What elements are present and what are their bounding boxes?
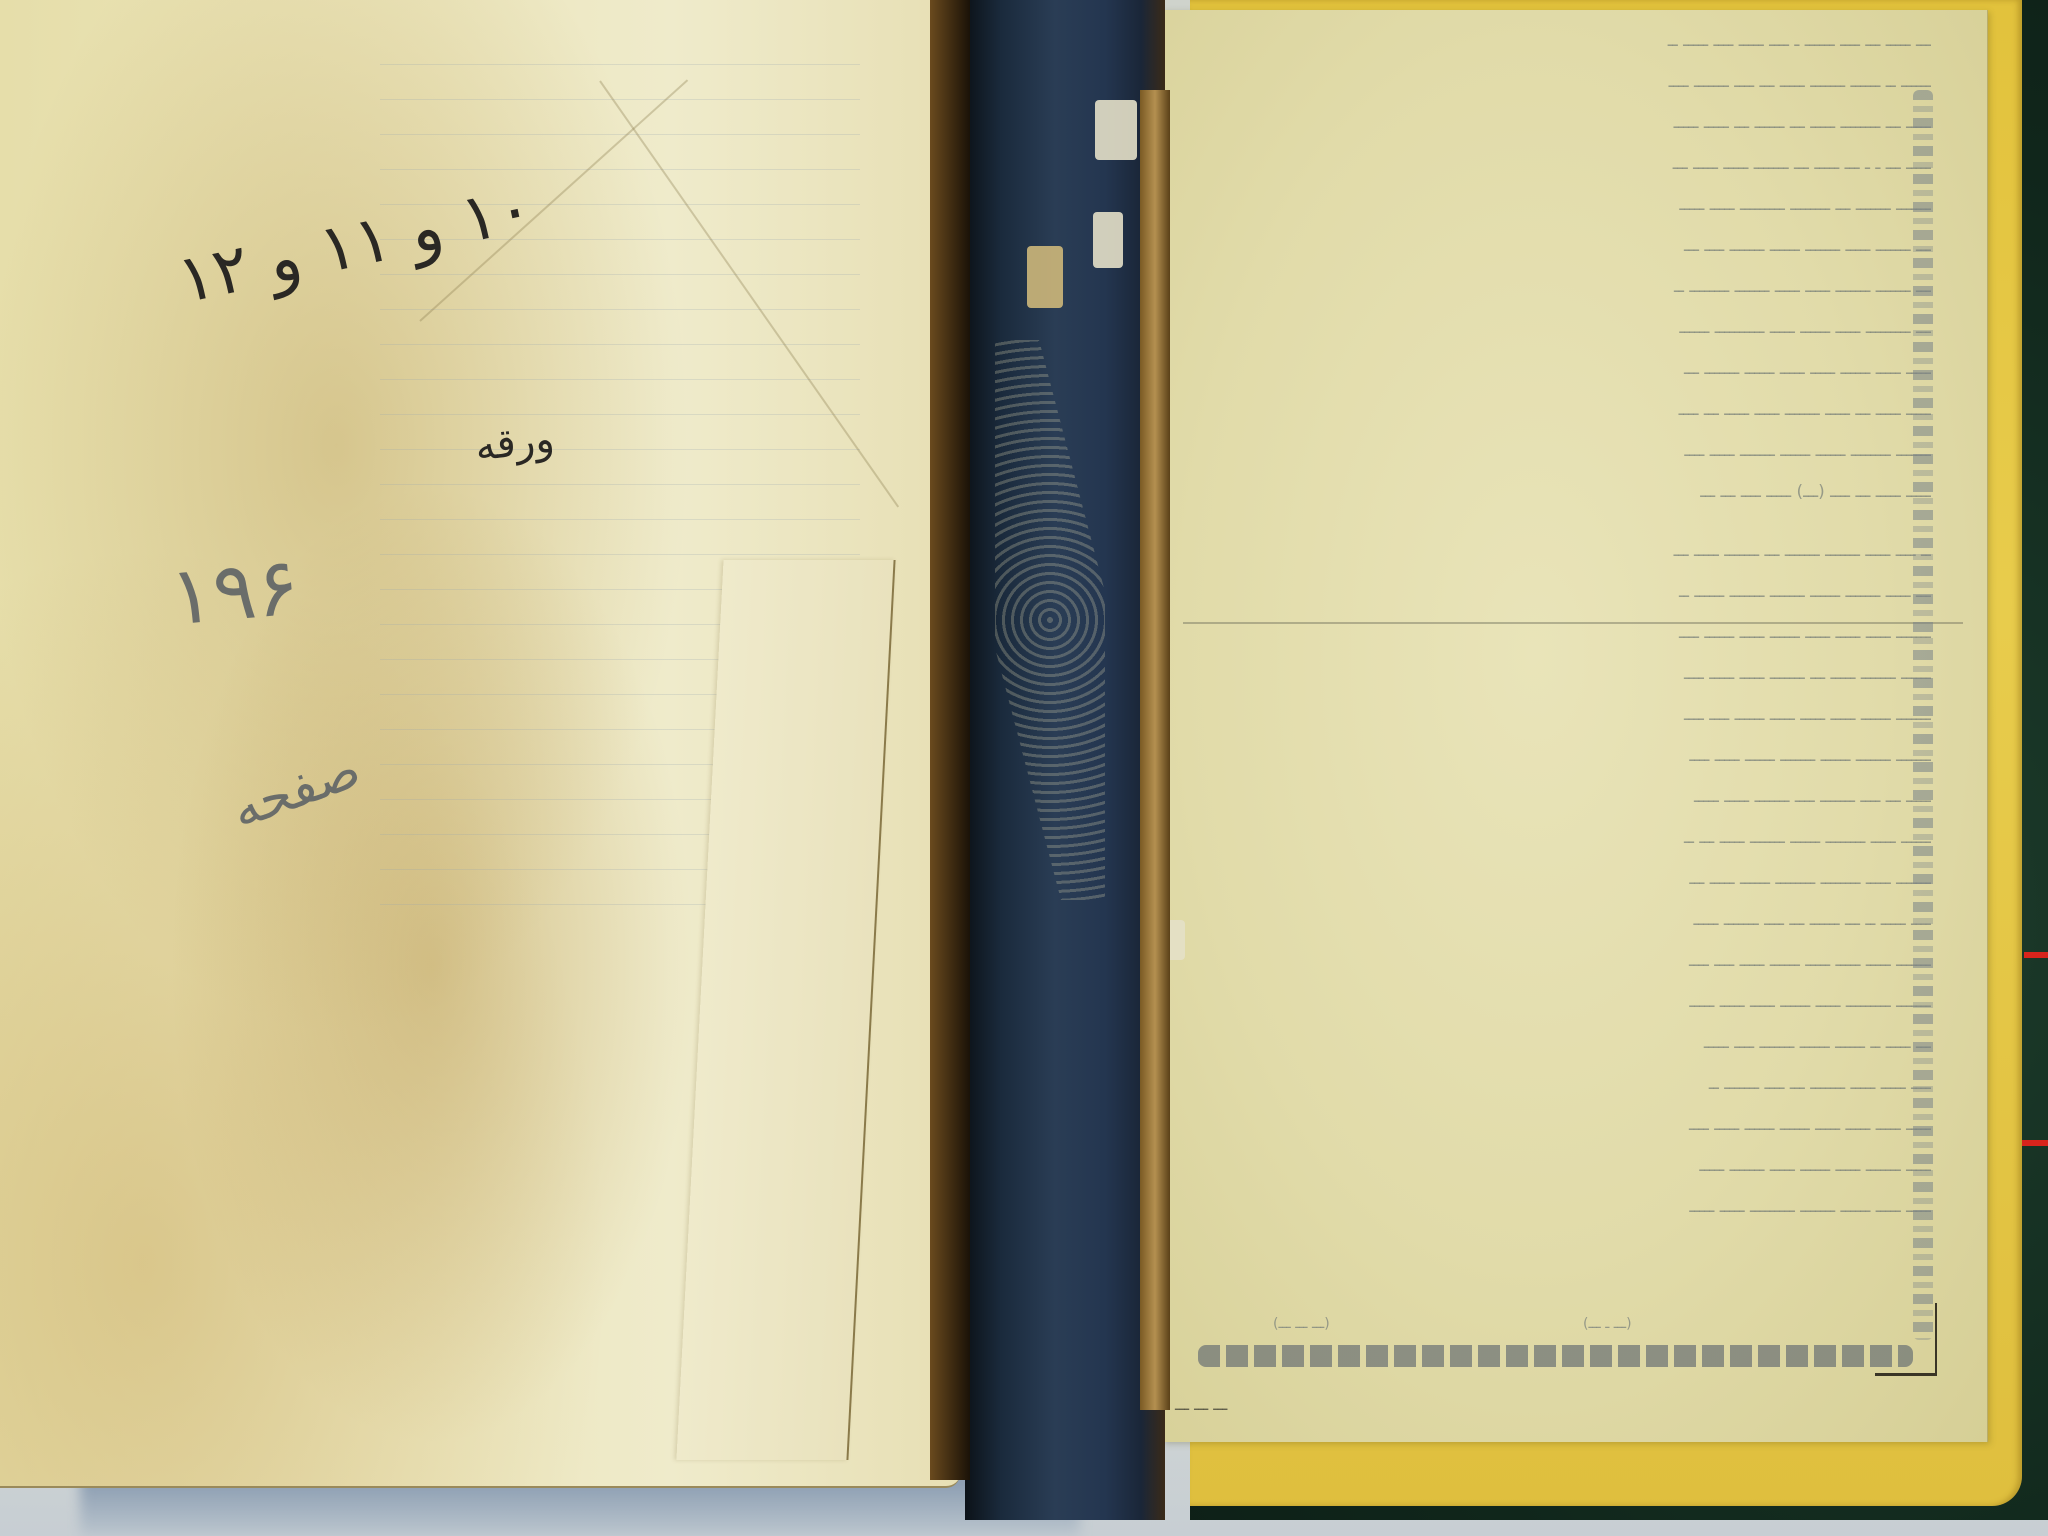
bottom-handwritten-note: ـــ ـــ ـــ [1175, 1395, 1227, 1414]
worn-patch [1027, 246, 1063, 308]
text-line: ـــ ـــــ ـــ ــــ ــــــ ـ ــــ ـــــ ـ… [1191, 32, 1931, 50]
red-mark [2022, 1140, 2048, 1146]
flyleaf-page: ۱۰ و ۱۱ و ۱۲ ورقه ۱۹۶ صفحه [0, 0, 960, 1488]
text-line: ــــ ـــــ ـــــ ـــــــ ـــ ــــ ــــــ… [1191, 1075, 1931, 1093]
note-page-count: ۱۹۶ [166, 540, 303, 644]
book-spine [965, 0, 1165, 1520]
manuscript-photo: ـــ ـــــ ـــ ــــ ــــــ ـ ــــ ـــــ ـ… [0, 0, 2048, 1536]
text-line: ــــــ ـــــ ــــــــ ــــــ ـــــــ ـــ… [1191, 829, 1931, 847]
text-line: ـــــ ـــــ ــــــ ـــــ ـــــ ــــــ ــ… [1191, 360, 1931, 378]
text-line: ـــ ـــــــ ـــــــ ـــــ ـــــ ـــــــ … [1191, 278, 1931, 296]
text-line: ـــــ ـــــــ ـــــ ــــــ ـــــ ـــــــ… [1191, 1157, 1931, 1175]
red-mark [2024, 952, 2048, 958]
page-edge [930, 0, 970, 1480]
chain-border-horizontal [1198, 1345, 1913, 1367]
chain-border-vertical [1913, 90, 1933, 1340]
text-line: ـــــــ ـــــــ ـــ ــــــــ ـــــــــ ـ… [1191, 196, 1931, 214]
footer-note-right: (ـــ ـ ـــ) [1583, 1316, 1632, 1332]
text-line: ـــــــ ـــــ ــــــــ ــــــــ ــــــ ـ… [1191, 870, 1931, 888]
text-line: ـــ ـــــــــ ـــــ ــــــ ـــــ ـــــــ… [1191, 319, 1931, 337]
text-line: ـــــــ ـــــــ ــــــ ـــــــ ــــــ ــ… [1191, 747, 1931, 765]
text-line: ـــــــ ـــــــــ ـــــ ــــــ ـــــ ـــ… [1191, 993, 1931, 1011]
border-corner [1875, 1303, 1937, 1376]
horizontal-rule [1183, 622, 1963, 624]
text-line: ـــــــ ـــــ ـــــ ـــــ ــــــ ـــــ ـ… [1191, 624, 1931, 642]
text-line: ـــــ ـــ ـ ـ ـــ ـــــ ـــ ـــــــ ــــ… [1191, 155, 1931, 173]
printed-page: ـــ ـــــ ـــ ــــ ــــــ ـ ــــ ـــــ ـ… [1163, 10, 1988, 1442]
note-leaf-label: ورقه [473, 416, 557, 470]
text-line: ــــ ـــــ ــ ـــ ــــــ ـــ ــــ ــــــ… [1191, 911, 1931, 929]
text-line: ــــــ ــ ــــــ ـــــــ ـــــ ـــ ــــ … [1191, 73, 1931, 91]
floral-vine-pattern [995, 340, 1105, 900]
text-line: ــــــ ـــــــ ـــــ ـــ ـــــــ ـــــ ـ… [1191, 665, 1931, 683]
text-line: ـــــ ـــــ ـــــ ـــــ ــــــ ــــــ ــ… [1191, 1116, 1931, 1134]
text-line: ـــــــ ـــــ ـــــ ـــــ ــــــ ـــــ ـ… [1191, 952, 1931, 970]
worn-patch [1095, 100, 1137, 160]
text-line: ـــــــ ــــــ ـــــ ـــــ ـــــ ــــــ … [1191, 706, 1931, 724]
text-line: ـــــ ـــ ــــــــ ـــــ ـــ ــــــ ـــ … [1191, 114, 1931, 132]
note-page-label: صفحه [224, 739, 368, 840]
text-line: ــ ــــ ـــــ ـــــــ ـــــــ ـــ ــــــ… [1191, 542, 1931, 560]
text-line: ـــ ـــــ ــ ــــــ ــــــ ـــــــ ــــ … [1191, 1034, 1931, 1052]
text-line: ـــــ ـــــ ــــــ ـــــــ ـــــــــ ـــ… [1191, 1198, 1931, 1216]
page-block-edge [1140, 90, 1170, 1410]
text-line: ـــ ـــــــ ـــــ ـــــــ ــــــ ـــــــ… [1191, 237, 1931, 255]
text-block: ـــ ـــــ ـــ ــــ ــــــ ـ ــــ ـــــ ـ… [1191, 32, 1931, 1302]
text-line: ـــ ـــــ ـــــــ ــــــ ـــــــ ـــــــ… [1191, 583, 1931, 601]
text-line: ـــــ ـــــ ـــ ـــــ ـــــــ ـــــ ــــ… [1191, 401, 1931, 419]
text-line: ـــــــ ــــــــ ــــــ ــــــ ـــــــ ـ… [1191, 442, 1931, 460]
worn-patch [1093, 212, 1123, 268]
footer-note-left: (ـــ ـــ ـــ) [1273, 1316, 1330, 1332]
text-line: ـــــ ـــ ــــ ـــــــ ــــ ـــــــ ــــ… [1191, 788, 1931, 806]
text-line: ـــــ ـــــ ـــ ــــ (ـــ) ـــــ ــــ ــ… [1191, 483, 1931, 501]
